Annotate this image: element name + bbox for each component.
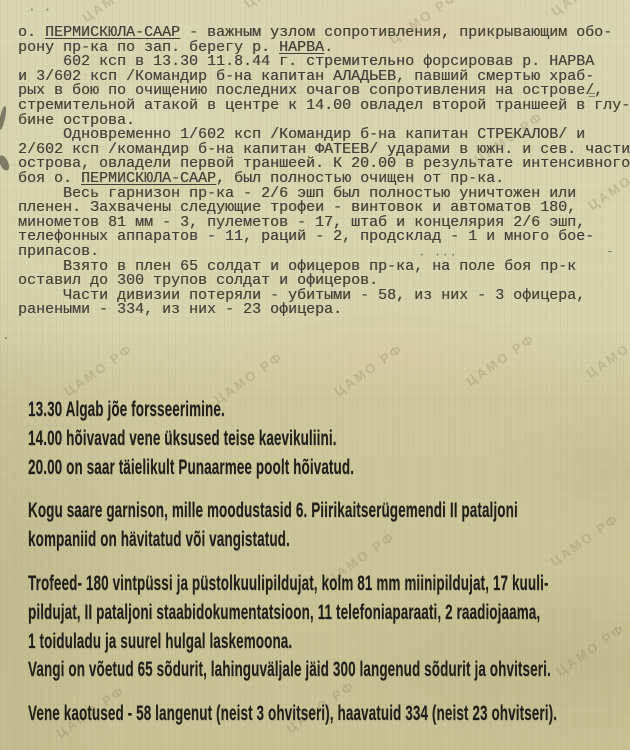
- archive-watermark: ЦАМО РФ: [79, 0, 154, 25]
- translation-line: Vangi on võetud 65 sõdurit, lahinguvälja…: [28, 656, 630, 685]
- archive-watermark: ЦАМО РФ: [548, 0, 623, 19]
- translation-line: 13.30 Algab jõe forsseerimine.: [28, 396, 630, 425]
- scanned-report-page: ЦАМО РФЦАМО РФЦАМО РФЦАМО РФЦАМО РФЦАМО …: [0, 0, 630, 750]
- translation-paragraph: Vene kaotused - 58 langenut (neist 3 ohv…: [28, 700, 630, 729]
- archive-watermark: ЦАМО РФ: [583, 323, 630, 381]
- translation-paragraph: Trofeed- 180 vintpüssi ja püstolkuulipil…: [28, 570, 630, 685]
- translation-line: Vene kaotused - 58 langenut (neist 3 ohv…: [28, 700, 630, 729]
- archive-watermark: ЦАМО РФ: [61, 341, 136, 399]
- translation-line: pildujat, II pataljoni staabidokumentats…: [28, 599, 630, 628]
- translation-line: 1 toiduladu ja suurel hulgal laskemoona.: [28, 628, 630, 657]
- translation-line: Kogu saare garnison, mille moodustasid 6…: [28, 497, 630, 526]
- paper-smudge: [0, 106, 7, 131]
- russian-typewritten-report: о. ПЕРМИСКЮЛА-СААР - важным узлом сопрот…: [18, 26, 630, 318]
- paper-smudge: [0, 154, 11, 172]
- report-line: телефонных аппаратов - 11, раций - 2, пр…: [18, 230, 630, 245]
- translation-line: Trofeed- 180 vintpüssi ja püstolkuulipil…: [28, 570, 630, 599]
- translation-paragraph: 13.30 Algab jõe forsseerimine.14.00 hõiv…: [28, 396, 630, 482]
- archive-watermark: ЦАМО РФ: [241, 0, 316, 11]
- translation-line: kompaniid on hävitatud või vangistatud.: [28, 526, 630, 555]
- archive-watermark: ЦАМО РФ: [331, 341, 406, 399]
- translation-line: 20.00 on saar täielikult Punaarmee poolt…: [28, 454, 630, 483]
- translation-paragraph: Kogu saare garnison, mille moodustasid 6…: [28, 497, 630, 555]
- typewriter-stray-mark: · ·: [28, 2, 51, 17]
- archive-watermark: ЦАМО РФ: [463, 331, 538, 389]
- translation-line: 14.00 hõivavad vene üksused teise kaevik…: [28, 425, 630, 454]
- estonian-translation: 13.30 Algab jõe forsseerimine.14.00 hõiv…: [28, 396, 630, 744]
- typewriter-stray-mark: .: [2, 328, 10, 343]
- estonian-translation-text: 13.30 Algab jõe forsseerimine.14.00 hõiv…: [28, 396, 630, 729]
- report-line: ранеными - 334, из них - 23 офицера.: [18, 303, 630, 318]
